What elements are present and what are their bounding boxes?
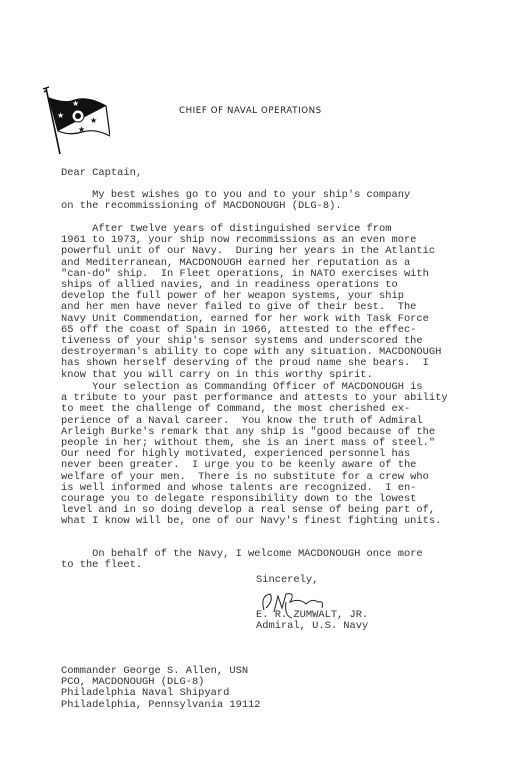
address-line: Philadelphia, Pennsylvania 19112 xyxy=(61,699,261,711)
cno-flag-icon: ★ ★ ★ ★ xyxy=(40,86,110,156)
signer-title: Admiral, U.S. Navy xyxy=(256,620,368,632)
svg-text:★: ★ xyxy=(72,99,79,108)
paragraph-service-history: After twelve years of distinguished serv… xyxy=(61,224,441,381)
paragraph-welcome: On behalf of the Navy, I welcome MACDONO… xyxy=(61,549,423,571)
signer-name: E. R. ZUMWALT, JR. xyxy=(256,609,368,621)
recipient-address: Commander George S. Allen, USN PCO, MACD… xyxy=(61,666,261,711)
address-line: PCO, MACDONOUGH (DLG-8) xyxy=(61,676,204,688)
address-line: Commander George S. Allen, USN xyxy=(61,665,248,677)
address-line: Philadelphia Naval Shipyard xyxy=(61,687,229,699)
letterhead-title: CHIEF OF NAVAL OPERATIONS xyxy=(179,106,322,116)
svg-text:★: ★ xyxy=(57,111,64,120)
svg-text:★: ★ xyxy=(78,125,85,134)
closing: Sincerely, xyxy=(256,575,318,586)
paragraph-command: Your selection as Commanding Officer of … xyxy=(61,382,448,528)
svg-text:★: ★ xyxy=(90,116,97,125)
paragraph-recommissioning: My best wishes go to you and to your shi… xyxy=(61,190,410,212)
signature-block: E. R. ZUMWALT, JR. Admiral, U.S. Navy xyxy=(256,610,368,632)
salutation: Dear Captain, xyxy=(61,168,142,179)
